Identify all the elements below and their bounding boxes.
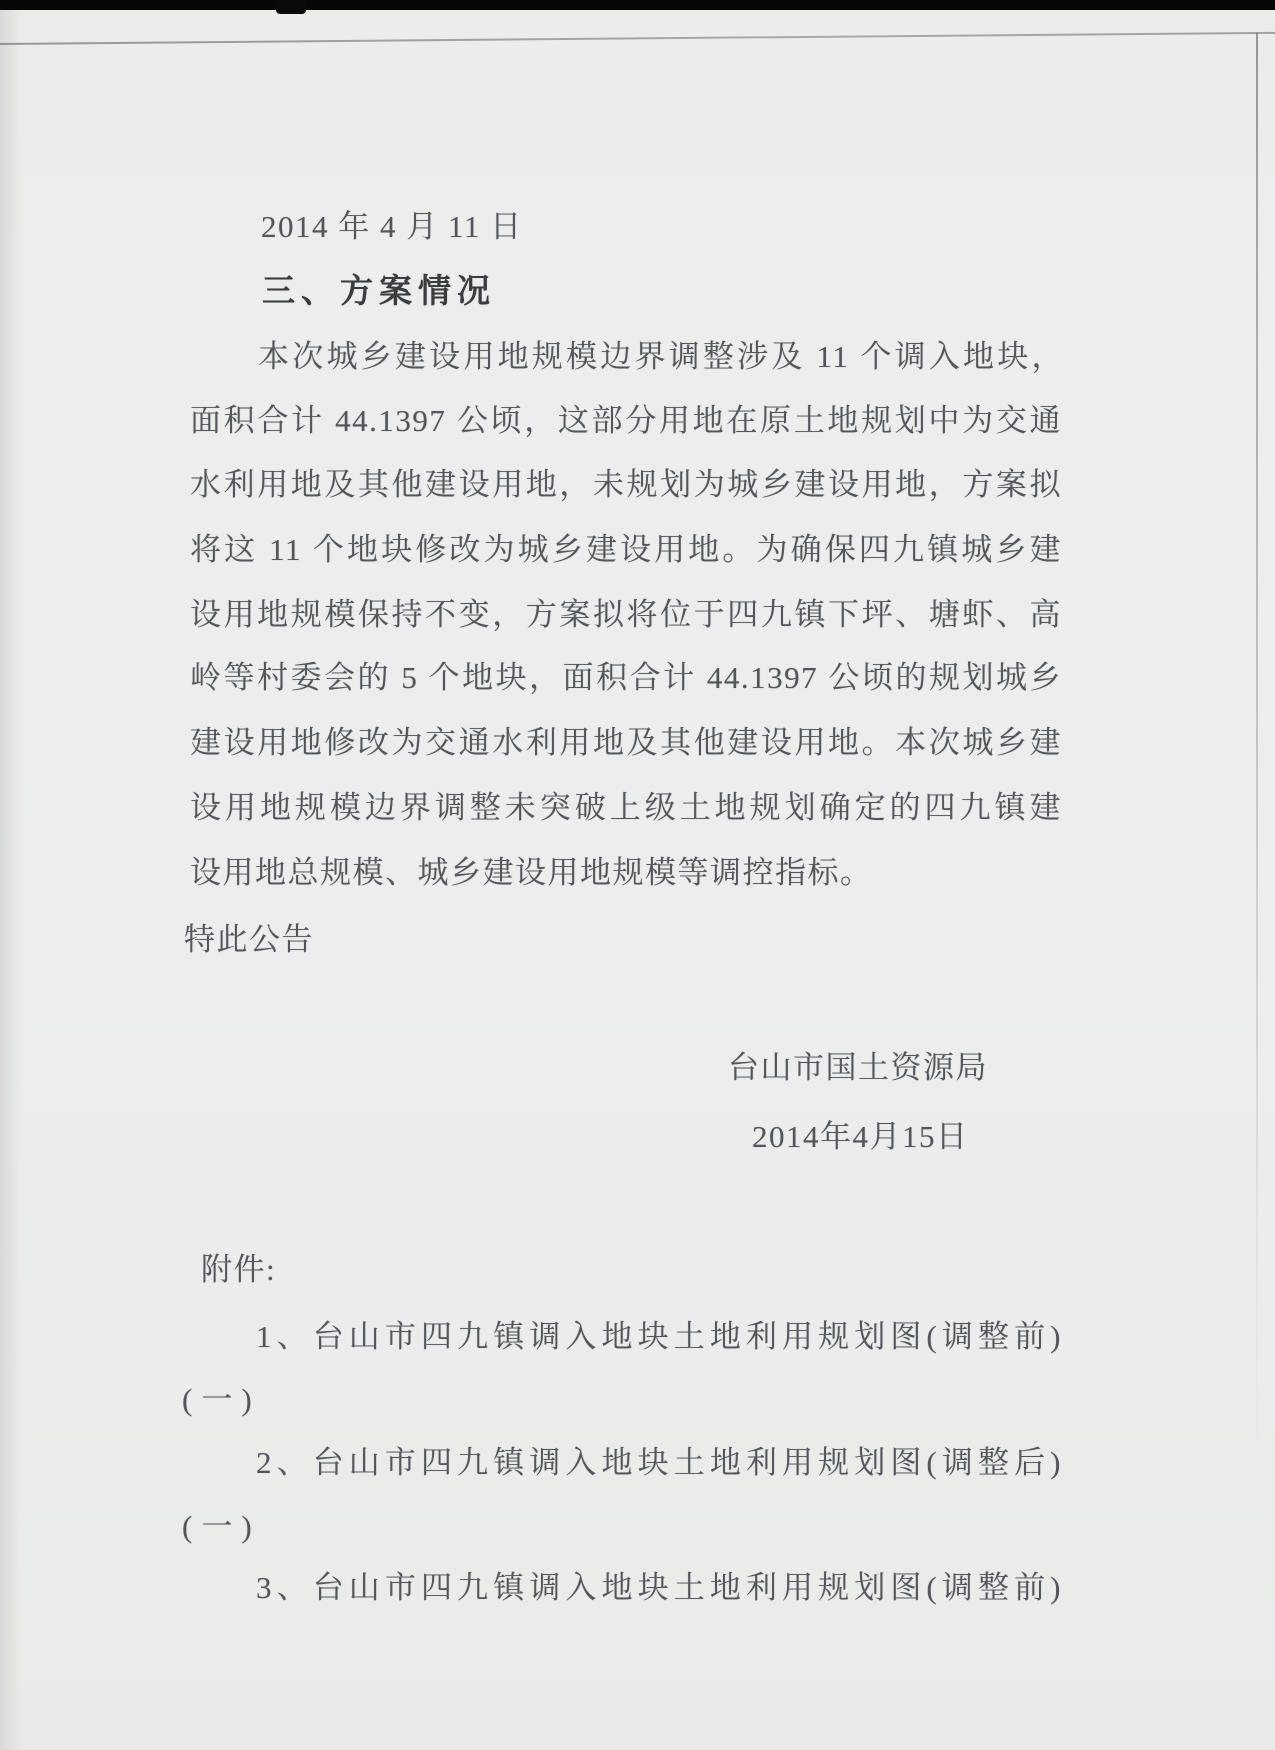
issuing-authority: 台山市国土资源局 — [728, 1049, 988, 1086]
attachment-item-1: 1、台山市四九镇调入地块土地利用规划图(调整前) — [256, 1318, 1062, 1355]
scan-top-edge-blob — [276, 0, 306, 14]
scan-right-paper-edge — [1256, 33, 1258, 1463]
paragraph-line-3: 水利用地及其他建设用地，未规划为城乡建设用地，方案拟 — [190, 466, 1062, 503]
announcement-date: 2014年4月15日 — [752, 1118, 969, 1155]
attachment-item-2: 2、台山市四九镇调入地块土地利用规划图(调整后) — [256, 1444, 1062, 1481]
paragraph-line-9: 设用地总规模、城乡建设用地规模等调控指标。 — [190, 854, 873, 891]
scan-top-black-edge — [0, 0, 1275, 10]
paragraph-line-7: 建设用地修改为交通水利用地及其他建设用地。本次城乡建 — [190, 724, 1062, 761]
scanned-document-page: 2014 年 4 月 11 日 三、方案情况 本次城乡建设用地规模边界调整涉及 … — [0, 0, 1275, 1750]
scan-line-artifact — [0, 32, 1275, 45]
attachment-item-2-continuation: (一) — [182, 1508, 261, 1545]
attachments-label: 附件: — [201, 1251, 276, 1288]
attachment-item-3: 3、台山市四九镇调入地块土地利用规划图(调整前) — [256, 1569, 1062, 1606]
paragraph-line-5: 设用地规模保持不变，方案拟将位于四九镇下坪、塘虾、高 — [190, 596, 1062, 633]
prior-date-line: 2014 年 4 月 11 日 — [261, 208, 523, 245]
paragraph-line-6: 岭等村委会的 5 个地块，面积合计 44.1397 公顷的规划城乡 — [190, 659, 1062, 696]
closing-statement: 特此公告 — [184, 921, 314, 958]
section-heading: 三、方案情况 — [262, 271, 496, 311]
paragraph-line-1: 本次城乡建设用地规模边界调整涉及 11 个调入地块， — [258, 338, 1064, 375]
paragraph-line-8: 设用地规模边界调整未突破上级土地规划确定的四九镇建 — [190, 789, 1062, 826]
attachment-item-1-continuation: (一) — [182, 1381, 261, 1418]
paragraph-line-4: 将这 11 个地块修改为城乡建设用地。为确保四九镇城乡建 — [190, 531, 1062, 568]
paragraph-line-2: 面积合计 44.1397 公顷，这部分用地在原土地规划中为交通 — [190, 402, 1062, 439]
